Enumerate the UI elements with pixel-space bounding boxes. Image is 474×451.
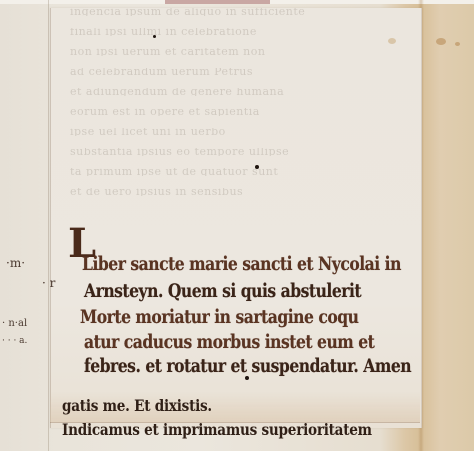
- stain: [388, 38, 396, 44]
- faded-text-line: ta primum ipse ut de quatuor sunt: [70, 168, 410, 176]
- ink-dot: [245, 376, 249, 380]
- inscription-line: Liber sancte marie sancti et Nycolai in: [82, 253, 401, 275]
- text-line: gatis me. Et dixistis.: [62, 396, 212, 415]
- faded-text-line: ipse uel licet uni in uerbo: [70, 128, 410, 136]
- ruling-line: [48, 0, 49, 451]
- faded-text-line: substantia ipsius eo tempore ullipse: [70, 148, 410, 156]
- faded-text-line: ingencia ipsum de aliquo in sufficiente: [70, 8, 410, 16]
- inscription-line: Arnsteyn. Quem si quis abstulerit: [84, 280, 361, 302]
- margin-note: · r: [42, 276, 55, 290]
- faded-text-line: et adiungendum de genere humana: [70, 88, 410, 96]
- inscription-line: atur caducus morbus instet eum et: [84, 331, 374, 353]
- inscription-line: Morte moriatur in sartagine coqu: [80, 306, 359, 328]
- faded-text-line: et de uero ipsius in sensibus: [70, 188, 410, 196]
- margin-note: · · · a.: [2, 336, 27, 346]
- ink-dot: [153, 35, 156, 38]
- text-line: Indicamus et imprimamus superioritatem: [62, 420, 372, 439]
- stain: [455, 42, 460, 46]
- ink-dot: [255, 165, 259, 169]
- stain: [436, 38, 446, 45]
- faded-text-line: finali ipsi ullmi in celebratione: [70, 28, 410, 36]
- faded-text-line: non ipsi uerum et caritatem non: [70, 48, 410, 56]
- margin-note: · n·al: [2, 318, 27, 329]
- faded-text-line: eorum est in opere et sapientia: [70, 108, 410, 116]
- red-tab: [165, 0, 270, 4]
- margin-note: ·m·: [6, 256, 25, 270]
- faded-text-line: ad celebrandum uerum Petrus: [70, 68, 410, 76]
- inscription-line: febres. et rotatur et suspendatur. Amen: [84, 355, 411, 377]
